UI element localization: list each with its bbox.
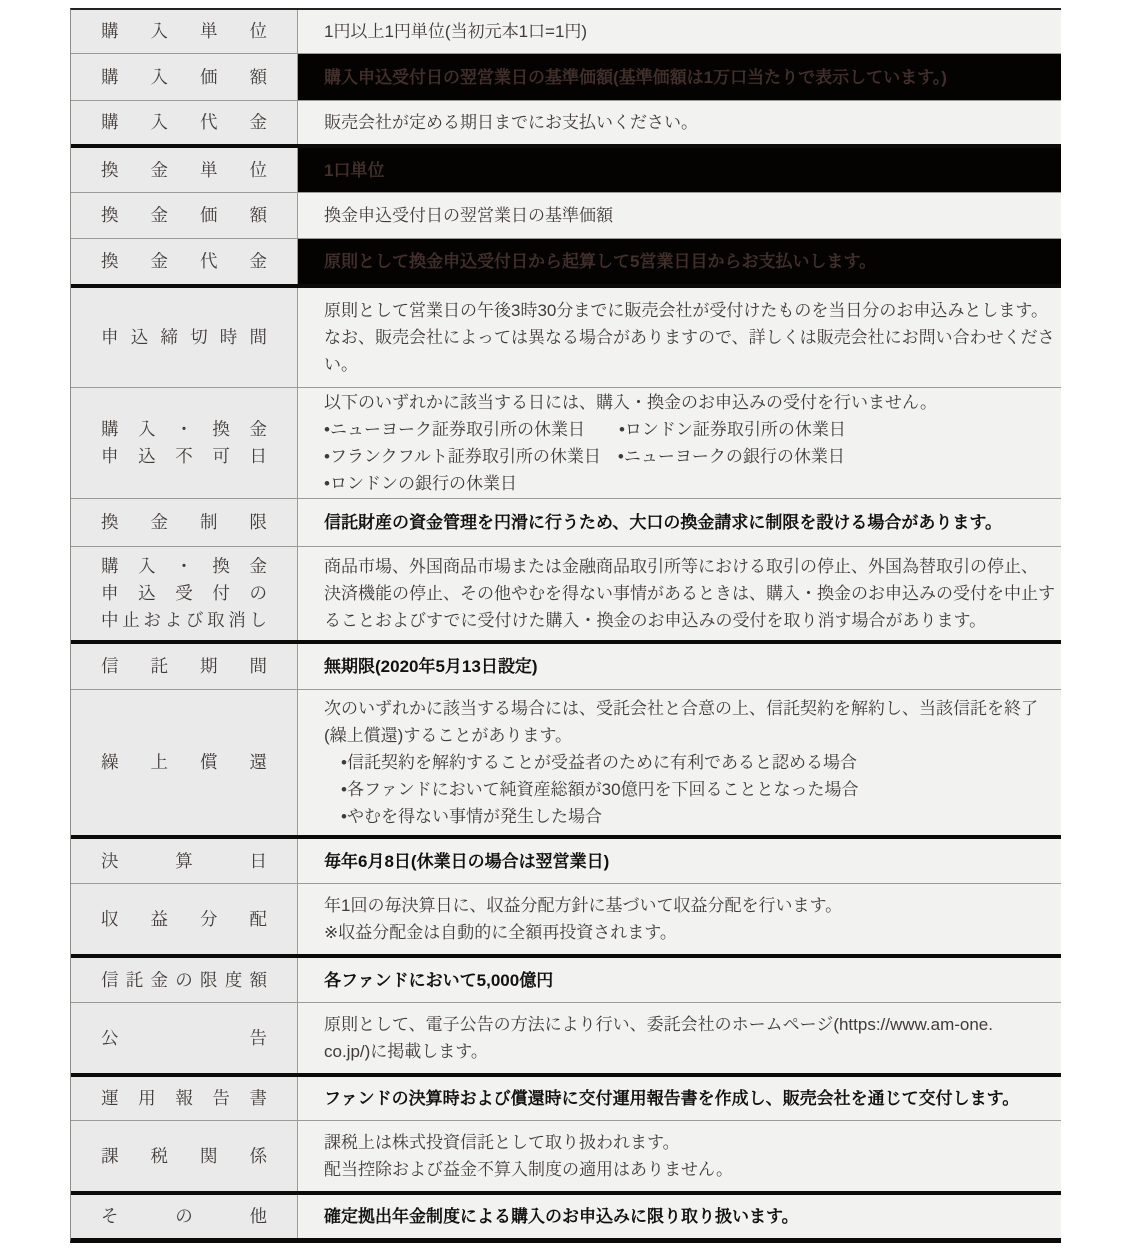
row-content-text: 購入申込受付日の翌営業日の基準価額(基準価額は1万口当たりで表示しています。) (324, 64, 947, 91)
row-label-text: 購入代金 (101, 109, 267, 136)
row-label-text: 決算日 (101, 848, 267, 875)
row-content: 毎年6月8日(休業日の場合は翌営業日) (298, 839, 1061, 883)
table-row-purchase-unit: 購入単位 1円以上1円単位(当初元本1口=1円) (71, 10, 1061, 53)
row-label-text: 申込締切時間 (101, 324, 267, 351)
row-content: 1円以上1円単位(当初元本1口=1円) (298, 10, 1061, 53)
table-row-redemption-price: 換金価額 換金申込受付日の翌営業日の基準価額 (71, 192, 1061, 238)
row-content-text: 信託財産の資金管理を円滑に行うため、大口の換金請求に制限を設ける場合があります。 (324, 509, 1002, 536)
row-content-text: 換金申込受付日の翌営業日の基準価額 (324, 202, 613, 229)
row-content: 以下のいずれかに該当する日には、購入・換金のお申込みの受付を行いません。 •ニュ… (298, 388, 1061, 498)
row-content: 年1回の毎決算日に、収益分配方針に基づいて収益分配を行います。 ※収益分配金は自… (298, 884, 1061, 954)
row-label: 換金代金 (71, 239, 298, 284)
row-label: 課税関係 (71, 1121, 298, 1191)
row-content: 課税上は株式投資信託として取り扱われます。 配当控除および益金不算入制度の適用は… (298, 1121, 1061, 1191)
row-content-text: 次のいずれかに該当する場合には、受託会社と合意の上、信託契約を解約し、当該信託を… (324, 695, 1038, 830)
table-row-redemption-payment: 換金代金 原則として換金申込受付日から起算して5営業日目からお支払いします。 (71, 238, 1061, 284)
row-content-text: 毎年6月8日(休業日の場合は翌営業日) (324, 848, 609, 875)
row-content-highlighted: 1口単位 (298, 148, 1061, 192)
row-content-text: 原則として営業日の午後3時30分までに販売会社が受付けたものを当日分のお申込みと… (324, 297, 1055, 378)
row-label: 繰上償還 (71, 690, 298, 835)
row-content-text: 年1回の毎決算日に、収益分配方針に基づいて収益分配を行います。 ※収益分配金は自… (324, 892, 842, 946)
row-label: 購入・換金 申込不可日 (71, 388, 298, 498)
row-content-text: 原則として換金申込受付日から起算して5営業日目からお支払いします。 (324, 248, 876, 275)
row-label-text: 公告 (101, 1025, 267, 1052)
table-row-management-report: 運用報告書 ファンドの決算時および償還時に交付運用報告書を作成し、販売会社を通じ… (71, 1073, 1061, 1120)
row-content-text: 商品市場、外国商品市場または金融商品取引所等における取引の停止、外国為替取引の停… (324, 553, 1055, 634)
row-label-text: 換金代金 (101, 248, 267, 275)
row-label: 公告 (71, 1003, 298, 1073)
row-content: 次のいずれかに該当する場合には、受託会社と合意の上、信託契約を解約し、当該信託を… (298, 690, 1061, 835)
table-row-redemption-unit: 換金単位 1口単位 (71, 144, 1061, 192)
row-content-text: 無期限(2020年5月13日設定) (324, 653, 538, 680)
row-label: 購入・換金 申込受付の 中止および取消し (71, 547, 298, 640)
table-row-taxation: 課税関係 課税上は株式投資信託として取り扱われます。 配当控除および益金不算入制… (71, 1120, 1061, 1191)
row-label: 信託金の限度額 (71, 958, 298, 1002)
row-content-highlighted: 原則として換金申込受付日から起算して5営業日目からお支払いします。 (298, 239, 1061, 284)
row-label-text: 購入・換金 申込不可日 (101, 416, 267, 470)
row-label-text: 信託期間 (101, 653, 267, 680)
row-content-text: 確定拠出年金制度による購入のお申込みに限り取り扱います。 (324, 1203, 799, 1230)
row-label: 購入代金 (71, 101, 298, 144)
row-label-text: 購入単位 (101, 18, 267, 45)
row-label-text: 換金単位 (101, 157, 267, 184)
row-label: 購入価額 (71, 54, 298, 100)
row-content-text: 1口単位 (324, 157, 384, 184)
row-label-text: 購入価額 (101, 64, 267, 91)
table-row-income-distribution: 収益分配 年1回の毎決算日に、収益分配方針に基づいて収益分配を行います。 ※収益… (71, 883, 1061, 954)
row-label: 信託期間 (71, 644, 298, 689)
row-label-text: 運用報告書 (101, 1085, 267, 1112)
row-label-text: 信託金の限度額 (101, 967, 267, 994)
row-label: 換金価額 (71, 193, 298, 238)
table-row-purchase-payment: 購入代金 販売会社が定める期日までにお支払いください。 (71, 100, 1061, 144)
table-row-settlement-date: 決算日 毎年6月8日(休業日の場合は翌営業日) (71, 835, 1061, 883)
row-content-highlighted: 購入申込受付日の翌営業日の基準価額(基準価額は1万口当たりで表示しています。) (298, 54, 1061, 100)
row-content: 信託財産の資金管理を円滑に行うため、大口の換金請求に制限を設ける場合があります。 (298, 499, 1061, 546)
table-row-purchase-price: 購入価額 購入申込受付日の翌営業日の基準価額(基準価額は1万口当たりで表示してい… (71, 53, 1061, 100)
row-label: 決算日 (71, 839, 298, 883)
row-content-text: 各ファンドにおいて5,000億円 (324, 967, 553, 994)
table-row-redemption-restriction: 換金制限 信託財産の資金管理を円滑に行うため、大口の換金請求に制限を設ける場合が… (71, 498, 1061, 546)
table-row-other: その他 確定拠出年金制度による購入のお申込みに限り取り扱います。 (71, 1191, 1061, 1238)
row-label: 換金制限 (71, 499, 298, 546)
row-label-text: 繰上償還 (101, 749, 267, 776)
row-content: 販売会社が定める期日までにお支払いください。 (298, 101, 1061, 144)
table-row-trust-period: 信託期間 無期限(2020年5月13日設定) (71, 640, 1061, 689)
row-label: 換金単位 (71, 148, 298, 192)
table-row-public-notice: 公告 原則として、電子公告の方法により行い、委託会社のホームページ(https:… (71, 1002, 1061, 1073)
row-content: ファンドの決算時および償還時に交付運用報告書を作成し、販売会社を通じて交付します… (298, 1077, 1061, 1120)
row-content: 原則として、電子公告の方法により行い、委託会社のホームページ(https://w… (298, 1003, 1061, 1073)
row-content: 商品市場、外国商品市場または金融商品取引所等における取引の停止、外国為替取引の停… (298, 547, 1061, 640)
row-content-text: 課税上は株式投資信託として取り扱われます。 配当控除および益金不算入制度の適用は… (324, 1129, 733, 1183)
row-label: 申込締切時間 (71, 288, 298, 387)
row-label: 運用報告書 (71, 1077, 298, 1120)
row-label: 収益分配 (71, 884, 298, 954)
row-label-text: 収益分配 (101, 906, 267, 933)
table-row-early-redemption: 繰上償還 次のいずれかに該当する場合には、受託会社と合意の上、信託契約を解約し、… (71, 689, 1061, 835)
fund-terms-table: 購入単位 1円以上1円単位(当初元本1口=1円) 購入価額 購入申込受付日の翌営… (70, 8, 1061, 1243)
row-label-text: 購入・換金 申込受付の 中止および取消し (101, 553, 267, 634)
row-label: 購入単位 (71, 10, 298, 53)
row-label-text: 課税関係 (101, 1143, 267, 1170)
row-label-text: 換金制限 (101, 509, 267, 536)
row-label-text: 換金価額 (101, 202, 267, 229)
row-content: 原則として営業日の午後3時30分までに販売会社が受付けたものを当日分のお申込みと… (298, 288, 1061, 387)
row-content-text: 原則として、電子公告の方法により行い、委託会社のホームページ(https://w… (324, 1011, 993, 1065)
row-label-text: その他 (101, 1203, 267, 1230)
table-row-trust-limit: 信託金の限度額 各ファンドにおいて5,000億円 (71, 954, 1061, 1002)
row-content-text: 以下のいずれかに該当する日には、購入・換金のお申込みの受付を行いません。 •ニュ… (324, 389, 937, 497)
row-content: 各ファンドにおいて5,000億円 (298, 958, 1061, 1002)
row-content-text: 販売会社が定める期日までにお支払いください。 (324, 109, 698, 136)
row-label: その他 (71, 1195, 298, 1238)
row-content-text: ファンドの決算時および償還時に交付運用報告書を作成し、販売会社を通じて交付します… (324, 1085, 1019, 1112)
table-row-application-deadline: 申込締切時間 原則として営業日の午後3時30分までに販売会社が受付けたものを当日… (71, 284, 1061, 387)
row-content: 無期限(2020年5月13日設定) (298, 644, 1061, 689)
row-content: 換金申込受付日の翌営業日の基準価額 (298, 193, 1061, 238)
row-content-text: 1円以上1円単位(当初元本1口=1円) (324, 18, 587, 45)
table-row-suspension-cancellation: 購入・換金 申込受付の 中止および取消し 商品市場、外国商品市場または金融商品取… (71, 546, 1061, 640)
table-row-unavailable-days: 購入・換金 申込不可日 以下のいずれかに該当する日には、購入・換金のお申込みの受… (71, 387, 1061, 498)
row-content: 確定拠出年金制度による購入のお申込みに限り取り扱います。 (298, 1195, 1061, 1238)
